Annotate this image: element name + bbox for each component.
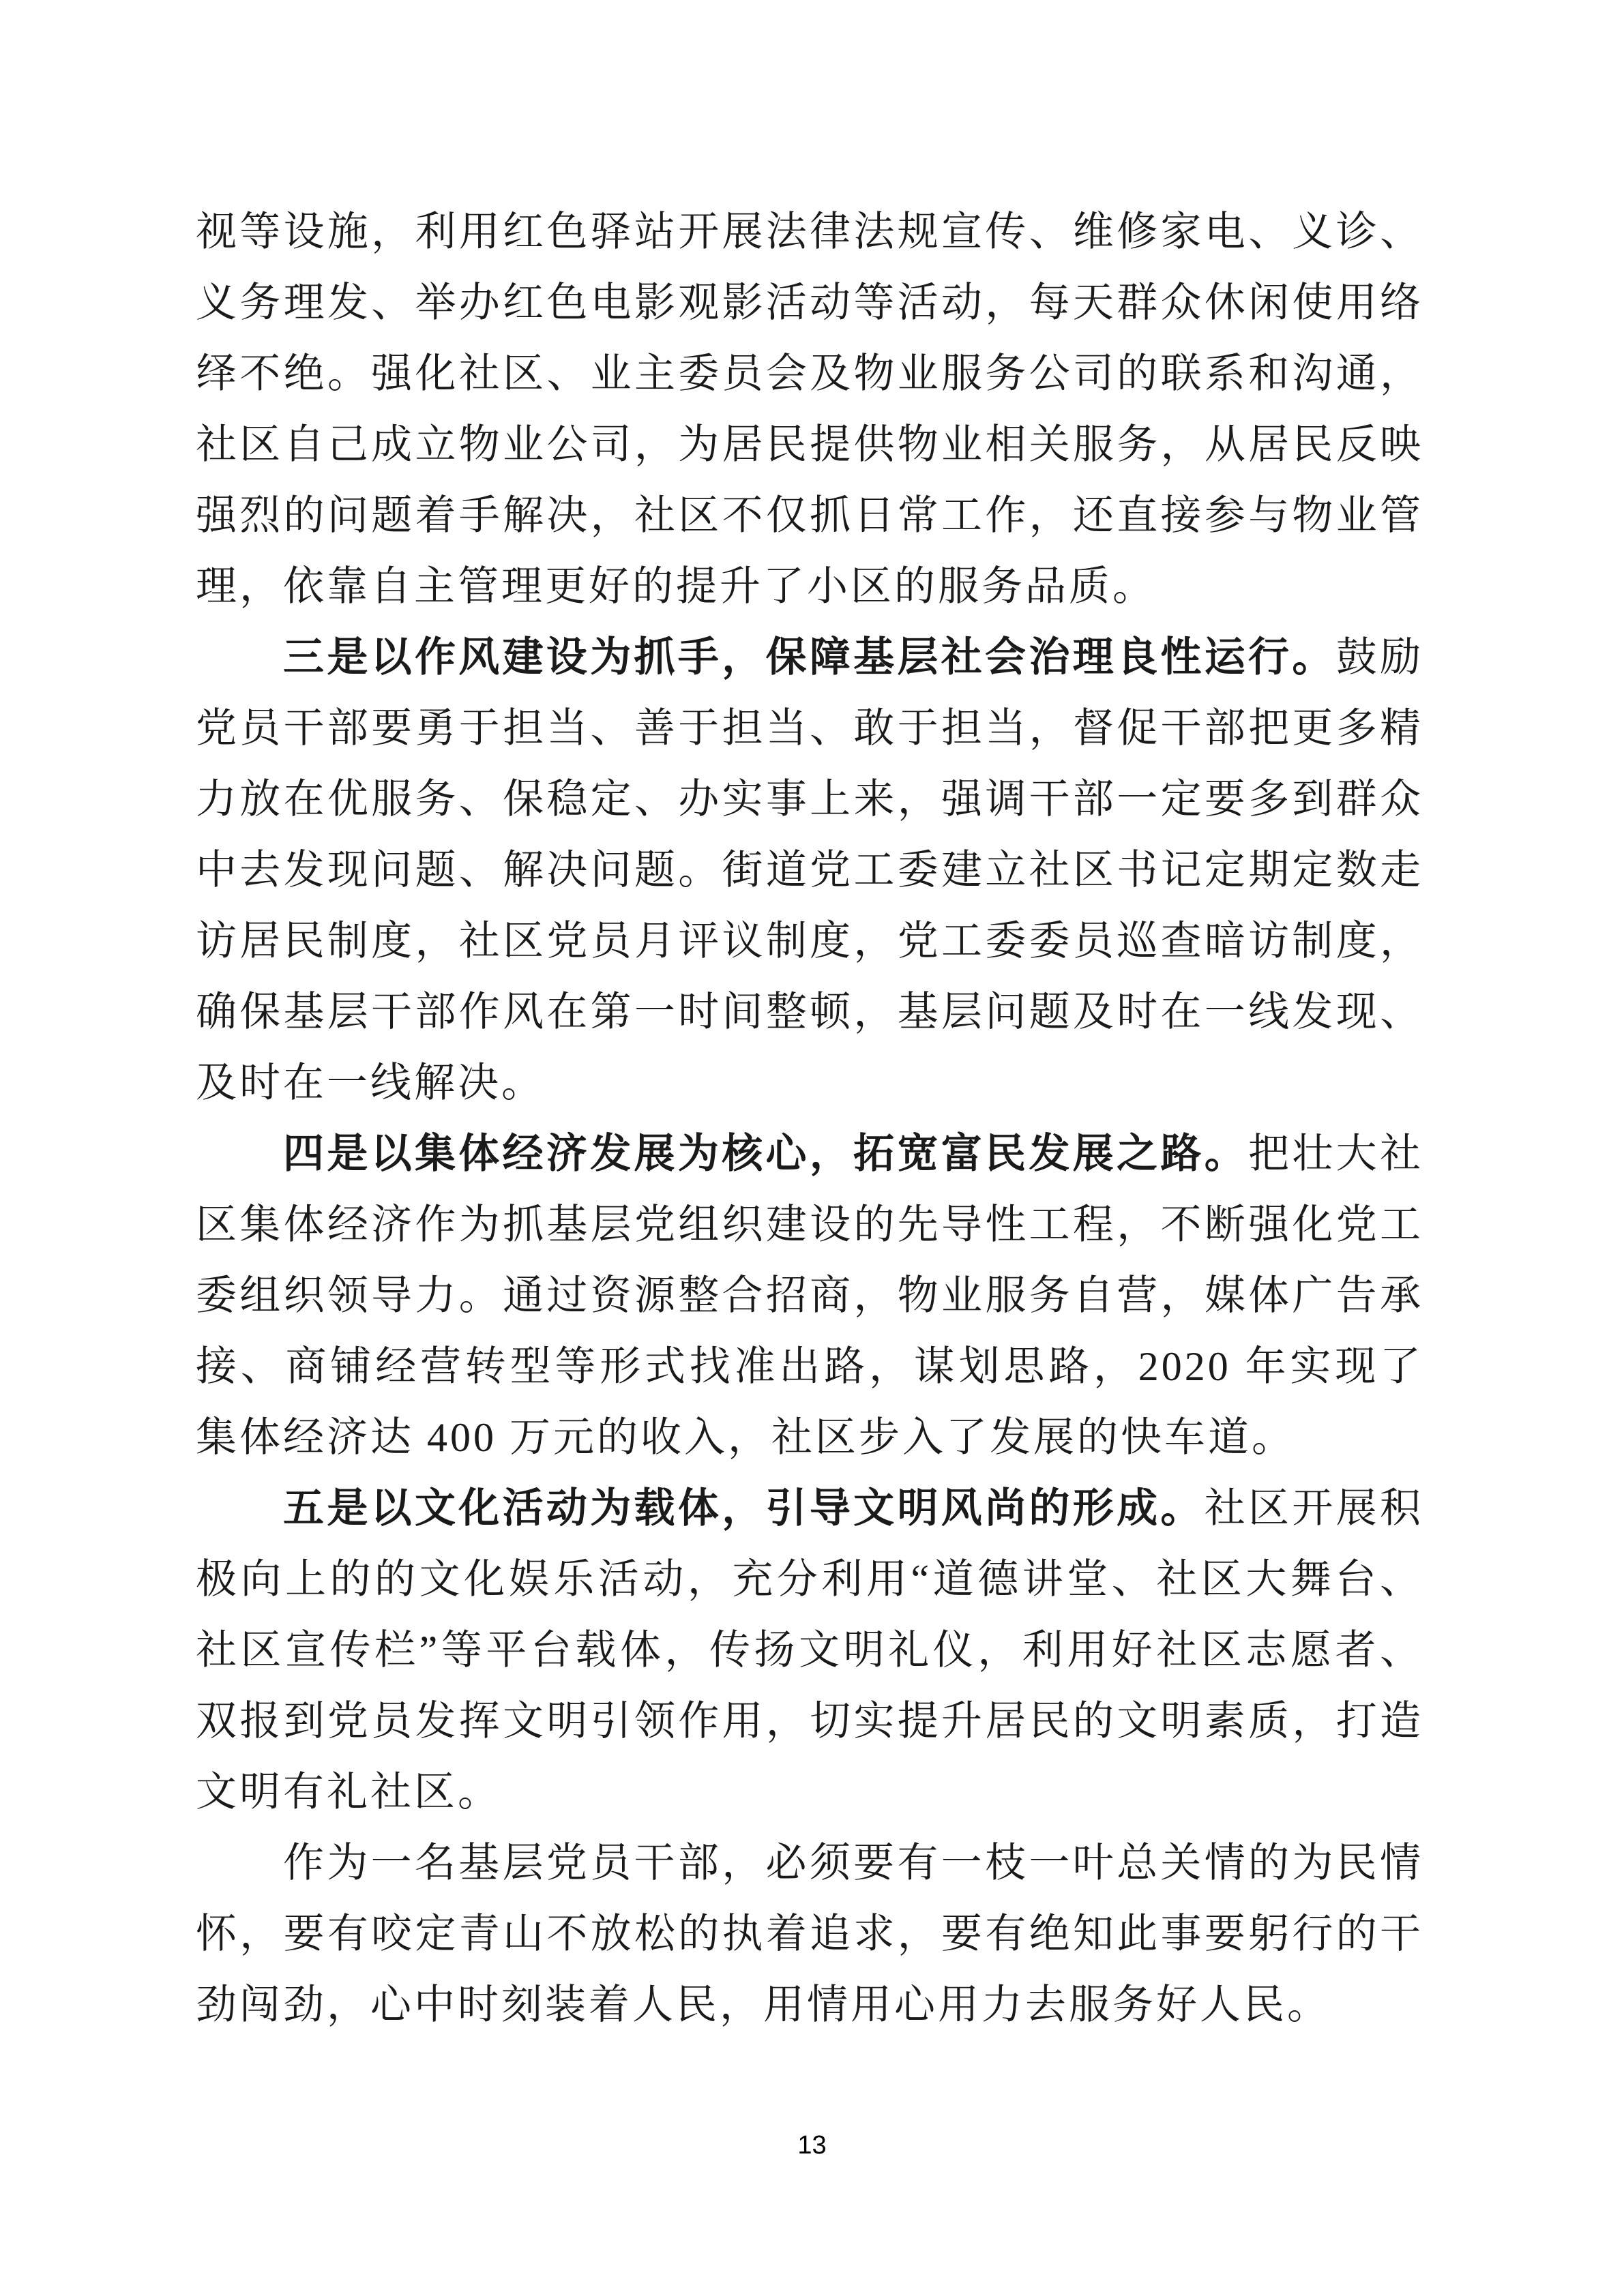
paragraph-closing: 作为一名基层党员干部，必须要有一枝一叶总关情的为民情怀，要有咬定青山不放松的执着… (196, 1828, 1423, 2040)
paragraph-heading-bold: 五是以文化活动为载体，引导文明风尚的形成。 (283, 1486, 1205, 1531)
paragraph-text: 把壮大社区集体经济作为抓基层党组织建设的先导性工程，不断强化党工委组织领导力。通… (196, 1131, 1423, 1460)
paragraph-text: 社区开展积极向上的的文化娱乐活动，充分利用“道德讲堂、社区大舞台、社区宣传栏”等… (196, 1486, 1423, 1815)
paragraph-point-5: 五是以文化活动为载体，引导文明风尚的形成。社区开展积极向上的的文化娱乐活动，充分… (196, 1473, 1423, 1828)
paragraph-text: 视等设施，利用红色驿站开展法律法规宣传、维修家电、义诊、义务理发、举办红色电影观… (196, 209, 1423, 609)
paragraph-continuation: 视等设施，利用红色驿站开展法律法规宣传、维修家电、义诊、义务理发、举办红色电影观… (196, 196, 1423, 622)
paragraph-point-3: 三是以作风建设为抓手，保障基层社会治理良性运行。鼓励党员干部要勇于担当、善于担当… (196, 622, 1423, 1118)
document-page: 视等设施，利用红色驿站开展法律法规宣传、维修家电、义诊、义务理发、举办红色电影观… (0, 0, 1624, 2296)
paragraph-heading-bold: 四是以集体经济发展为核心，拓宽富民发展之路。 (283, 1131, 1248, 1176)
paragraph-point-4: 四是以集体经济发展为核心，拓宽富民发展之路。把壮大社区集体经济作为抓基层党组织建… (196, 1118, 1423, 1473)
paragraph-text: 作为一名基层党员干部，必须要有一枝一叶总关情的为民情怀，要有咬定青山不放松的执着… (196, 1840, 1423, 2027)
paragraph-heading-bold: 三是以作风建设为抓手，保障基层社会治理良性运行。 (283, 635, 1336, 680)
paragraph-text: 鼓励党员干部要勇于担当、善于担当、敢于担当，督促干部把更多精力放在优服务、保稳定… (196, 635, 1423, 1105)
document-body: 视等设施，利用红色驿站开展法律法规宣传、维修家电、义诊、义务理发、举办红色电影观… (196, 196, 1423, 2040)
page-number: 13 (0, 2130, 1624, 2160)
